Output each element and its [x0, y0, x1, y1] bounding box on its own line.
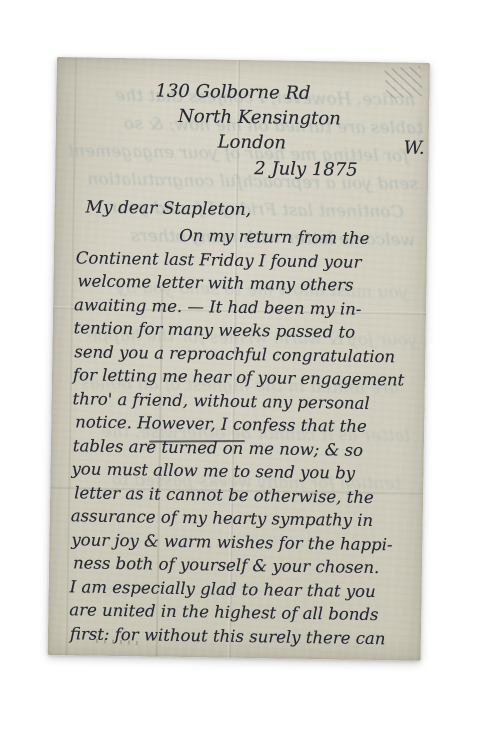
- address-line: 130 Golborne Rd: [155, 81, 310, 104]
- letter-line: first: for without this surely there can: [70, 622, 417, 651]
- date-line: 2 July 1875: [254, 158, 358, 181]
- postal-district: W.: [403, 137, 424, 158]
- letter-sheet: notice. However, I confess that the tabl…: [48, 57, 430, 661]
- address-line: North Kensington: [178, 106, 341, 130]
- letter-photograph: notice. However, I confess that the tabl…: [0, 0, 500, 732]
- letter-body: On my return from the Continent last Fri…: [69, 222, 424, 650]
- letter-line: On my return from the: [179, 224, 423, 251]
- address-line: London: [218, 132, 287, 154]
- address-block: 130 Golborne Rd North Kensington London …: [57, 79, 430, 85]
- salutation: My dear Stapleton,: [85, 197, 251, 220]
- bleed-through-line: send you a reproachful congratulation: [87, 169, 418, 194]
- pencil-hatch-marks: [384, 66, 423, 99]
